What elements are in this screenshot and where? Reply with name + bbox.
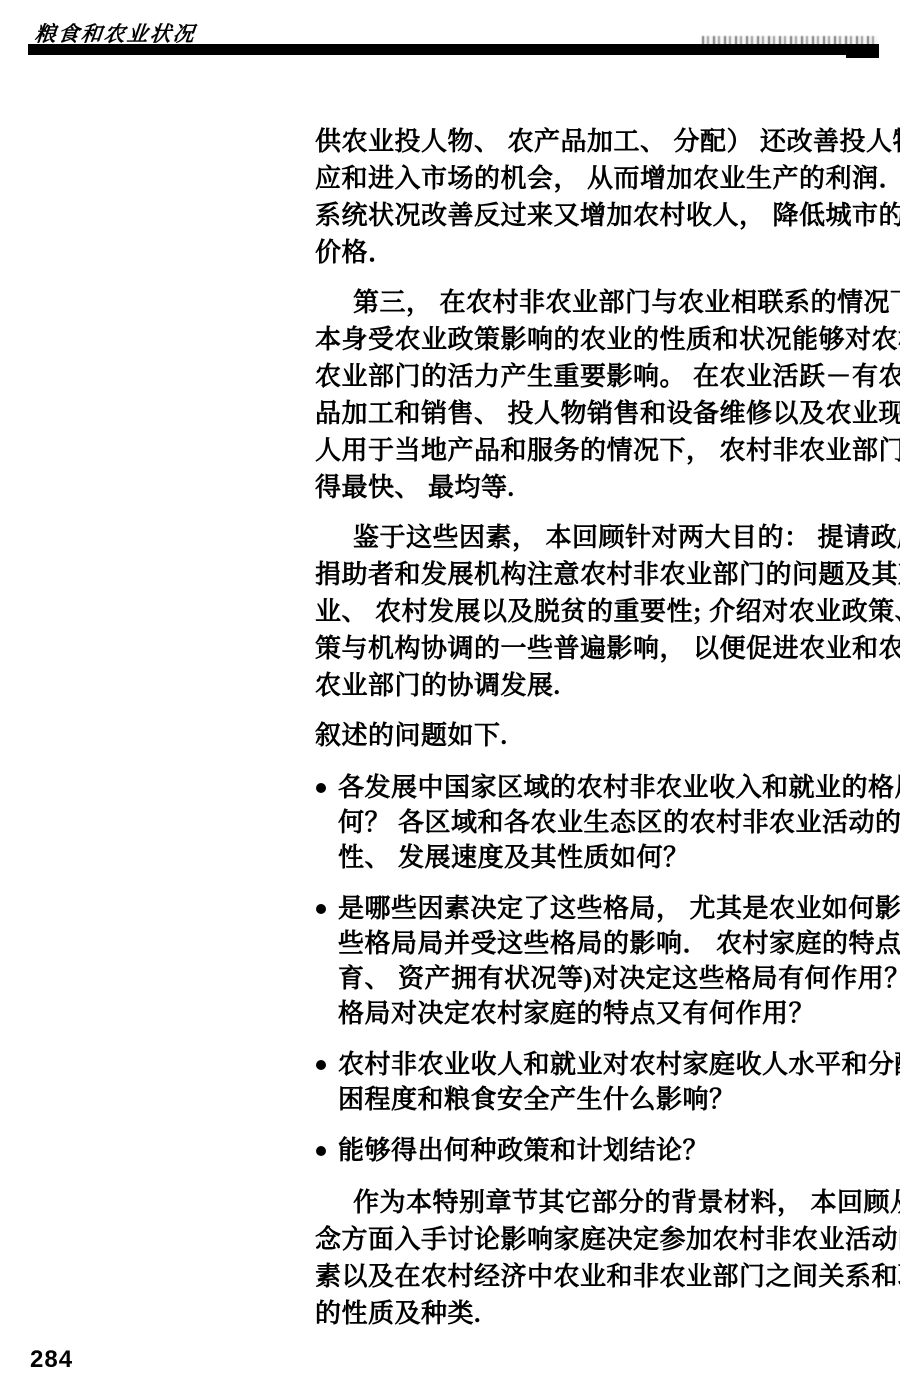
text-line: 育、 资产拥有状况等)对决定这些格局有何作用？ 这些 (338, 961, 878, 996)
bullet-item: 各发展中国家区域的农村非农业收入和就业的格局如何？ 各区域和各农业生态区的农村非… (315, 770, 878, 875)
text-line: 得最快、 最均等. (315, 469, 878, 506)
text-line: 农村非农业收人和就业对农村家庭收人水平和分配、 贫 (338, 1047, 878, 1082)
bullet-icon (316, 783, 326, 793)
text-line: 第三， 在农村非农业部门与农业相联系的情况下， (315, 284, 878, 321)
bullet-item: 农村非农业收人和就业对农村家庭收人水平和分配、 贫困程度和粮食安全产生什么影响？ (315, 1047, 878, 1117)
text-line: 捐助者和发展机构注意农村非农业部门的问题及其对农 (315, 556, 878, 593)
text-line: 何？ 各区域和各农业生态区的农村非农业活动的重要 (338, 805, 878, 840)
text-line: 价格． (315, 234, 878, 271)
text-line: 农业部门的协调发展. (315, 667, 878, 704)
text-line: 的性质及种类. (315, 1295, 878, 1332)
text-line: 念方面入手讨论影响家庭决定参加农村非农业活动的因 (315, 1221, 878, 1258)
text-line: 农业部门的活力产生重要影响。 在农业活跃－有农业产 (315, 358, 878, 395)
bullet-icon (316, 1146, 326, 1156)
paragraph: 作为本特别章节其它部分的背景材料， 本回顾从概念方面入手讨论影响家庭决定参加农村… (315, 1184, 878, 1332)
text-line: 品加工和销售、 投人物销售和设备维修以及农业现金收 (315, 395, 878, 432)
text-line: 些格局局并受这些格局的影响． 农村家庭的特点(如教 (338, 926, 878, 961)
page-body: 供农业投人物、 农产品加工、 分配） 还改善投人物的供应和进入市场的机会， 从而… (315, 123, 878, 1345)
text-line: 是哪些因素决定了这些格局， 尤其是农业如何影响这 (338, 891, 878, 926)
paragraph: 第三， 在农村非农业部门与农业相联系的情况下，本身受农业政策影响的农业的性质和状… (315, 284, 878, 506)
text-line: 格局对决定农村家庭的特点又有何作用？ (338, 996, 878, 1031)
paragraph: 鉴于这些因素， 本回顾针对两大目的： 提请政府、捐助者和发展机构注意农村非农业部… (315, 519, 878, 704)
text-line: 困程度和粮食安全产生什么影响？ (338, 1082, 878, 1117)
text-line: 供农业投人物、 农产品加工、 分配） 还改善投人物的供 (315, 123, 878, 160)
paragraph: 叙述的问题如下. (315, 717, 878, 754)
bullet-item: 能够得出何种政策和计划结论？ (315, 1133, 878, 1168)
bullet-icon (316, 904, 326, 914)
text-line: 鉴于这些因素， 本回顾针对两大目的： 提请政府、 (315, 519, 878, 556)
text-line: 业、 农村发展以及脱贫的重要性; 介绍对农业政策、 政 (315, 593, 878, 630)
text-line: 应和进入市场的机会， 从而增加农业生产的利润． 食品 (315, 160, 878, 197)
text-line: 性、 发展速度及其性质如何？ (338, 840, 878, 875)
bullet-item: 是哪些因素决定了这些格局， 尤其是农业如何影响这些格局局并受这些格局的影响． 农… (315, 891, 878, 1031)
header-rule (28, 44, 879, 55)
text-line: 叙述的问题如下. (315, 717, 878, 754)
text-line: 本身受农业政策影响的农业的性质和状况能够对农村非 (315, 321, 878, 358)
page-number: 284 (30, 1346, 73, 1374)
text-line: 素以及在农村经济中农业和非农业部门之间关系和联系 (315, 1258, 878, 1295)
document-page: 粮食和农业状况 供农业投人物、 农产品加工、 分配） 还改善投人物的供应和进入市… (0, 0, 900, 1400)
text-line: 人用于当地产品和服务的情况下， 农村非农业部门发展 (315, 432, 878, 469)
paragraph: 供农业投人物、 农产品加工、 分配） 还改善投人物的供应和进入市场的机会， 从而… (315, 123, 878, 271)
header-rule-end (846, 44, 879, 58)
text-line: 策与机构协调的一些普遍影响， 以便促进农业和农村非 (315, 630, 878, 667)
text-line: 各发展中国家区域的农村非农业收入和就业的格局如 (338, 770, 878, 805)
bullet-icon (316, 1060, 326, 1070)
text-line: 作为本特别章节其它部分的背景材料， 本回顾从概 (315, 1184, 878, 1221)
text-line: 能够得出何种政策和计划结论？ (338, 1133, 878, 1168)
text-line: 系统状况改善反过来又增加农村收人， 降低城市的食品 (315, 197, 878, 234)
